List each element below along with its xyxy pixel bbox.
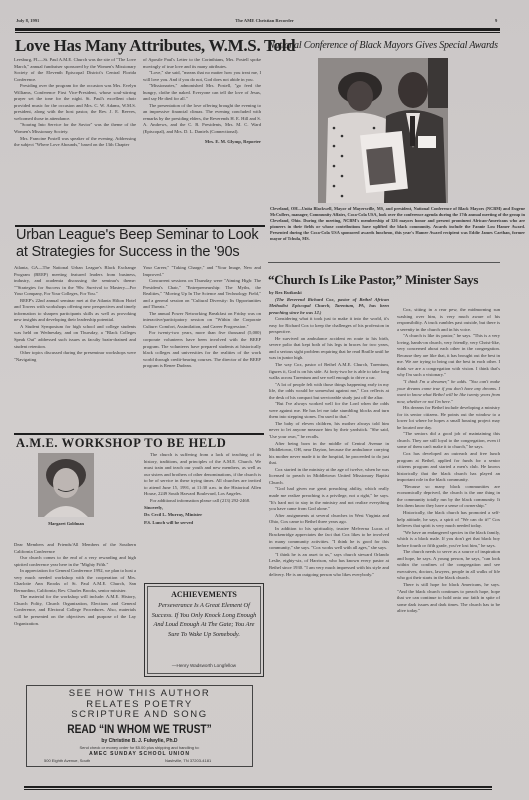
portrait-illustration xyxy=(38,453,94,517)
paragraph: "We have an endangered species in the bl… xyxy=(397,530,500,550)
paragraph: The annual Power Networking Breakfast on… xyxy=(143,311,261,331)
urban-article-col2: Your Career," "Taking Charge," and "Your… xyxy=(143,265,261,370)
paragraph: "Because so many black communities are e… xyxy=(397,484,500,510)
mayors-photo-illustration xyxy=(318,58,448,203)
paragraph: The material for the workshop will inclu… xyxy=(14,594,136,627)
page-number: 9 xyxy=(495,18,497,23)
paragraph: Our church comes to the end of a very re… xyxy=(14,555,136,568)
love-article-col1: Leesburg, FL—St. Paul A.M.E. Church was … xyxy=(14,57,136,149)
ad-instructions: Send check or money order for $5.00 plus… xyxy=(27,745,252,750)
quote-text: Perseverance Is A Great Element Of Succe… xyxy=(151,601,257,639)
article-intro: (The Reverend Richard Cox, pastor of Bet… xyxy=(269,297,389,317)
headline-urban-league: Urban League's Beep Seminar to Look at S… xyxy=(16,227,258,261)
reporter-byline: Mrs. E. M. Glymp, Reporter xyxy=(143,139,261,146)
mayors-photo-caption: Cleveland, OH—Unita Blackwell, Mayor of … xyxy=(270,206,525,241)
quote-box-title: ACHIEVEMENTS xyxy=(145,590,263,599)
book-advertisement: SEE HOW THIS AUTHOR RELATES POETRY SCRIP… xyxy=(26,685,253,767)
photo-caption-margaret-goldman: Margaret Goldman xyxy=(38,521,94,526)
paragraph: "Love," she said, "means that no matter … xyxy=(143,70,261,83)
headline-ame-workshop: A.M.E. WORKSHOP TO BE HELD xyxy=(16,436,226,451)
paragraph: Mrs. Francine Postell was speaker of the… xyxy=(14,136,136,149)
paragraph: "Soaring Into Service for the Savior" wa… xyxy=(14,122,136,135)
paragraph: For twenty-two years, more than five tho… xyxy=(143,330,261,369)
paragraph: After assignments at several churches in… xyxy=(269,513,389,526)
ad-book-title: READ “IN WHOM WE TRUST” xyxy=(44,722,235,736)
quote-attribution: —Henry Wadsworth Longfellow xyxy=(145,663,263,668)
headline-line: at Strategies for Success in the '90s xyxy=(16,244,258,261)
paragraph: "The seniors did a good job of maintaini… xyxy=(397,431,500,451)
paragraph: Presiding over the program for the occas… xyxy=(14,83,136,122)
church-article-col1: by Rex Rutkoski (The Reverend Richard Co… xyxy=(269,290,389,578)
paragraph: Atlanta, GA—The National Urban League's … xyxy=(14,265,136,298)
publication-name: The AME Christian Recorder xyxy=(0,18,529,23)
headline-love-attributes: Love Has Many Attributes, W.M.S. Told xyxy=(15,36,295,56)
headline-mayors-awards: National Conference of Black Mayors Give… xyxy=(268,40,498,52)
paragraph: Considering what it took just to make it… xyxy=(269,316,389,336)
margaret-goldman-photo xyxy=(38,453,94,517)
paragraph: "I think I'm a dreamer," he adds. "You c… xyxy=(397,379,500,405)
ad-city: Nashville, TN 37203-4181 xyxy=(165,758,211,763)
urban-article-col1: Atlanta, GA—The National Urban League's … xyxy=(14,265,136,363)
paragraph: Dear Members and Friends/All Members of … xyxy=(14,542,136,555)
paragraph: BEEP's 22nd annual seminar met at the At… xyxy=(14,298,136,324)
paragraph: He survived an ambulance accident en rou… xyxy=(269,336,389,362)
mayors-photo xyxy=(318,58,448,203)
signature: Dr. Cecil L. Murray, Minister xyxy=(144,512,261,519)
paragraph: There is still hope for black Americans,… xyxy=(397,582,500,615)
paragraph: The church is suffering from a lack of t… xyxy=(144,452,261,498)
workshop-col1: Dear Members and Friends/All Members of … xyxy=(14,542,136,627)
paragraph: "A church is like its pastor," he says. … xyxy=(397,333,500,379)
caption-rule xyxy=(268,262,500,263)
paragraph: The baby of eleven children, his mother … xyxy=(269,421,389,441)
paragraph: Cox, sitting in a rear pew, the midmorni… xyxy=(397,307,500,333)
ad-author: by Christine B. J. Fulwylie, Ph.D xyxy=(27,738,252,744)
newspaper-page: July 8, 1991 The AME Christian Recorder … xyxy=(0,0,529,800)
paragraph: For additional information please call (… xyxy=(144,498,261,505)
paragraph: Leesburg, FL—St. Paul A.M.E. Church was … xyxy=(14,57,136,83)
paragraph: Other topics discussed during the presem… xyxy=(14,350,136,363)
workshop-col2: The church is suffering from a lack of t… xyxy=(144,452,261,527)
paragraph: "I think he is an asset to us," says chu… xyxy=(269,552,389,578)
paragraph: The church needs to serve as a source of… xyxy=(397,549,500,582)
section-rule xyxy=(14,433,264,435)
paragraph: The way Cox, pastor of Bethel A.M.E. Chu… xyxy=(269,362,389,382)
ad-address: 500 Eighth Avenue, South xyxy=(44,758,90,763)
ad-tagline: SEE HOW THIS AUTHOR RELATES POETRY SCRIP… xyxy=(27,689,252,721)
headline-line: Urban League's Beep Seminar to Look xyxy=(16,227,258,244)
ad-organization: AMEC SUNDAY SCHOOL UNION xyxy=(27,751,252,757)
ad-tagline-line: SCRIPTURE AND SONG xyxy=(27,710,252,721)
ad-tagline-line: SEE HOW THIS AUTHOR xyxy=(27,689,252,700)
postscript: P.S. Lunch will be served xyxy=(144,520,261,527)
paragraph: "Missionaries," admonished Mrs. Postell,… xyxy=(143,83,261,103)
paragraph: A Student Symposium for high school and … xyxy=(14,324,136,350)
paragraph: Concurrent sessions on Thursday were "Ai… xyxy=(143,278,261,311)
footer-rule xyxy=(24,786,492,788)
paragraph: In addition to his spirituality, trustee… xyxy=(269,526,389,552)
paragraph: In appreciation for General Conference 1… xyxy=(14,568,136,594)
footer-rule-thin xyxy=(24,789,492,790)
church-article-col2: Cox, sitting in a rear pew, the midmorni… xyxy=(397,307,500,615)
achievements-quote-box: ACHIEVEMENTS Perseverance Is A Great Ele… xyxy=(144,583,264,677)
paragraph: "God had given me great preaching abilit… xyxy=(269,486,389,512)
paragraph: Your Career," "Taking Charge," and "Your… xyxy=(143,265,261,278)
paragraph: After being born in the middle of Centra… xyxy=(269,441,389,467)
paragraph: "A lot of people felt with those things … xyxy=(269,382,389,402)
headline-church-pastor: “Church Is Like Pastor,” Minister Says xyxy=(268,272,478,287)
paragraph: His dreams for Bethel include developing… xyxy=(397,405,500,431)
love-article-col2: of Apostle Paul's Letter to the Corinthi… xyxy=(143,57,261,145)
paragraph: Historically, the black church has promo… xyxy=(397,510,500,530)
paragraph: The presentation of the love offering br… xyxy=(143,103,261,136)
paragraph: Cox started in the ministry at the age o… xyxy=(269,467,389,487)
paragraph: Cox has developed an outreach and free l… xyxy=(397,451,500,484)
masthead-rule xyxy=(15,28,500,31)
masthead-rule-thin xyxy=(15,32,500,33)
paragraph: of Apostle Paul's Letter to the Corinthi… xyxy=(143,57,261,70)
paragraph: "But I've always worked well for the Lor… xyxy=(269,401,389,421)
